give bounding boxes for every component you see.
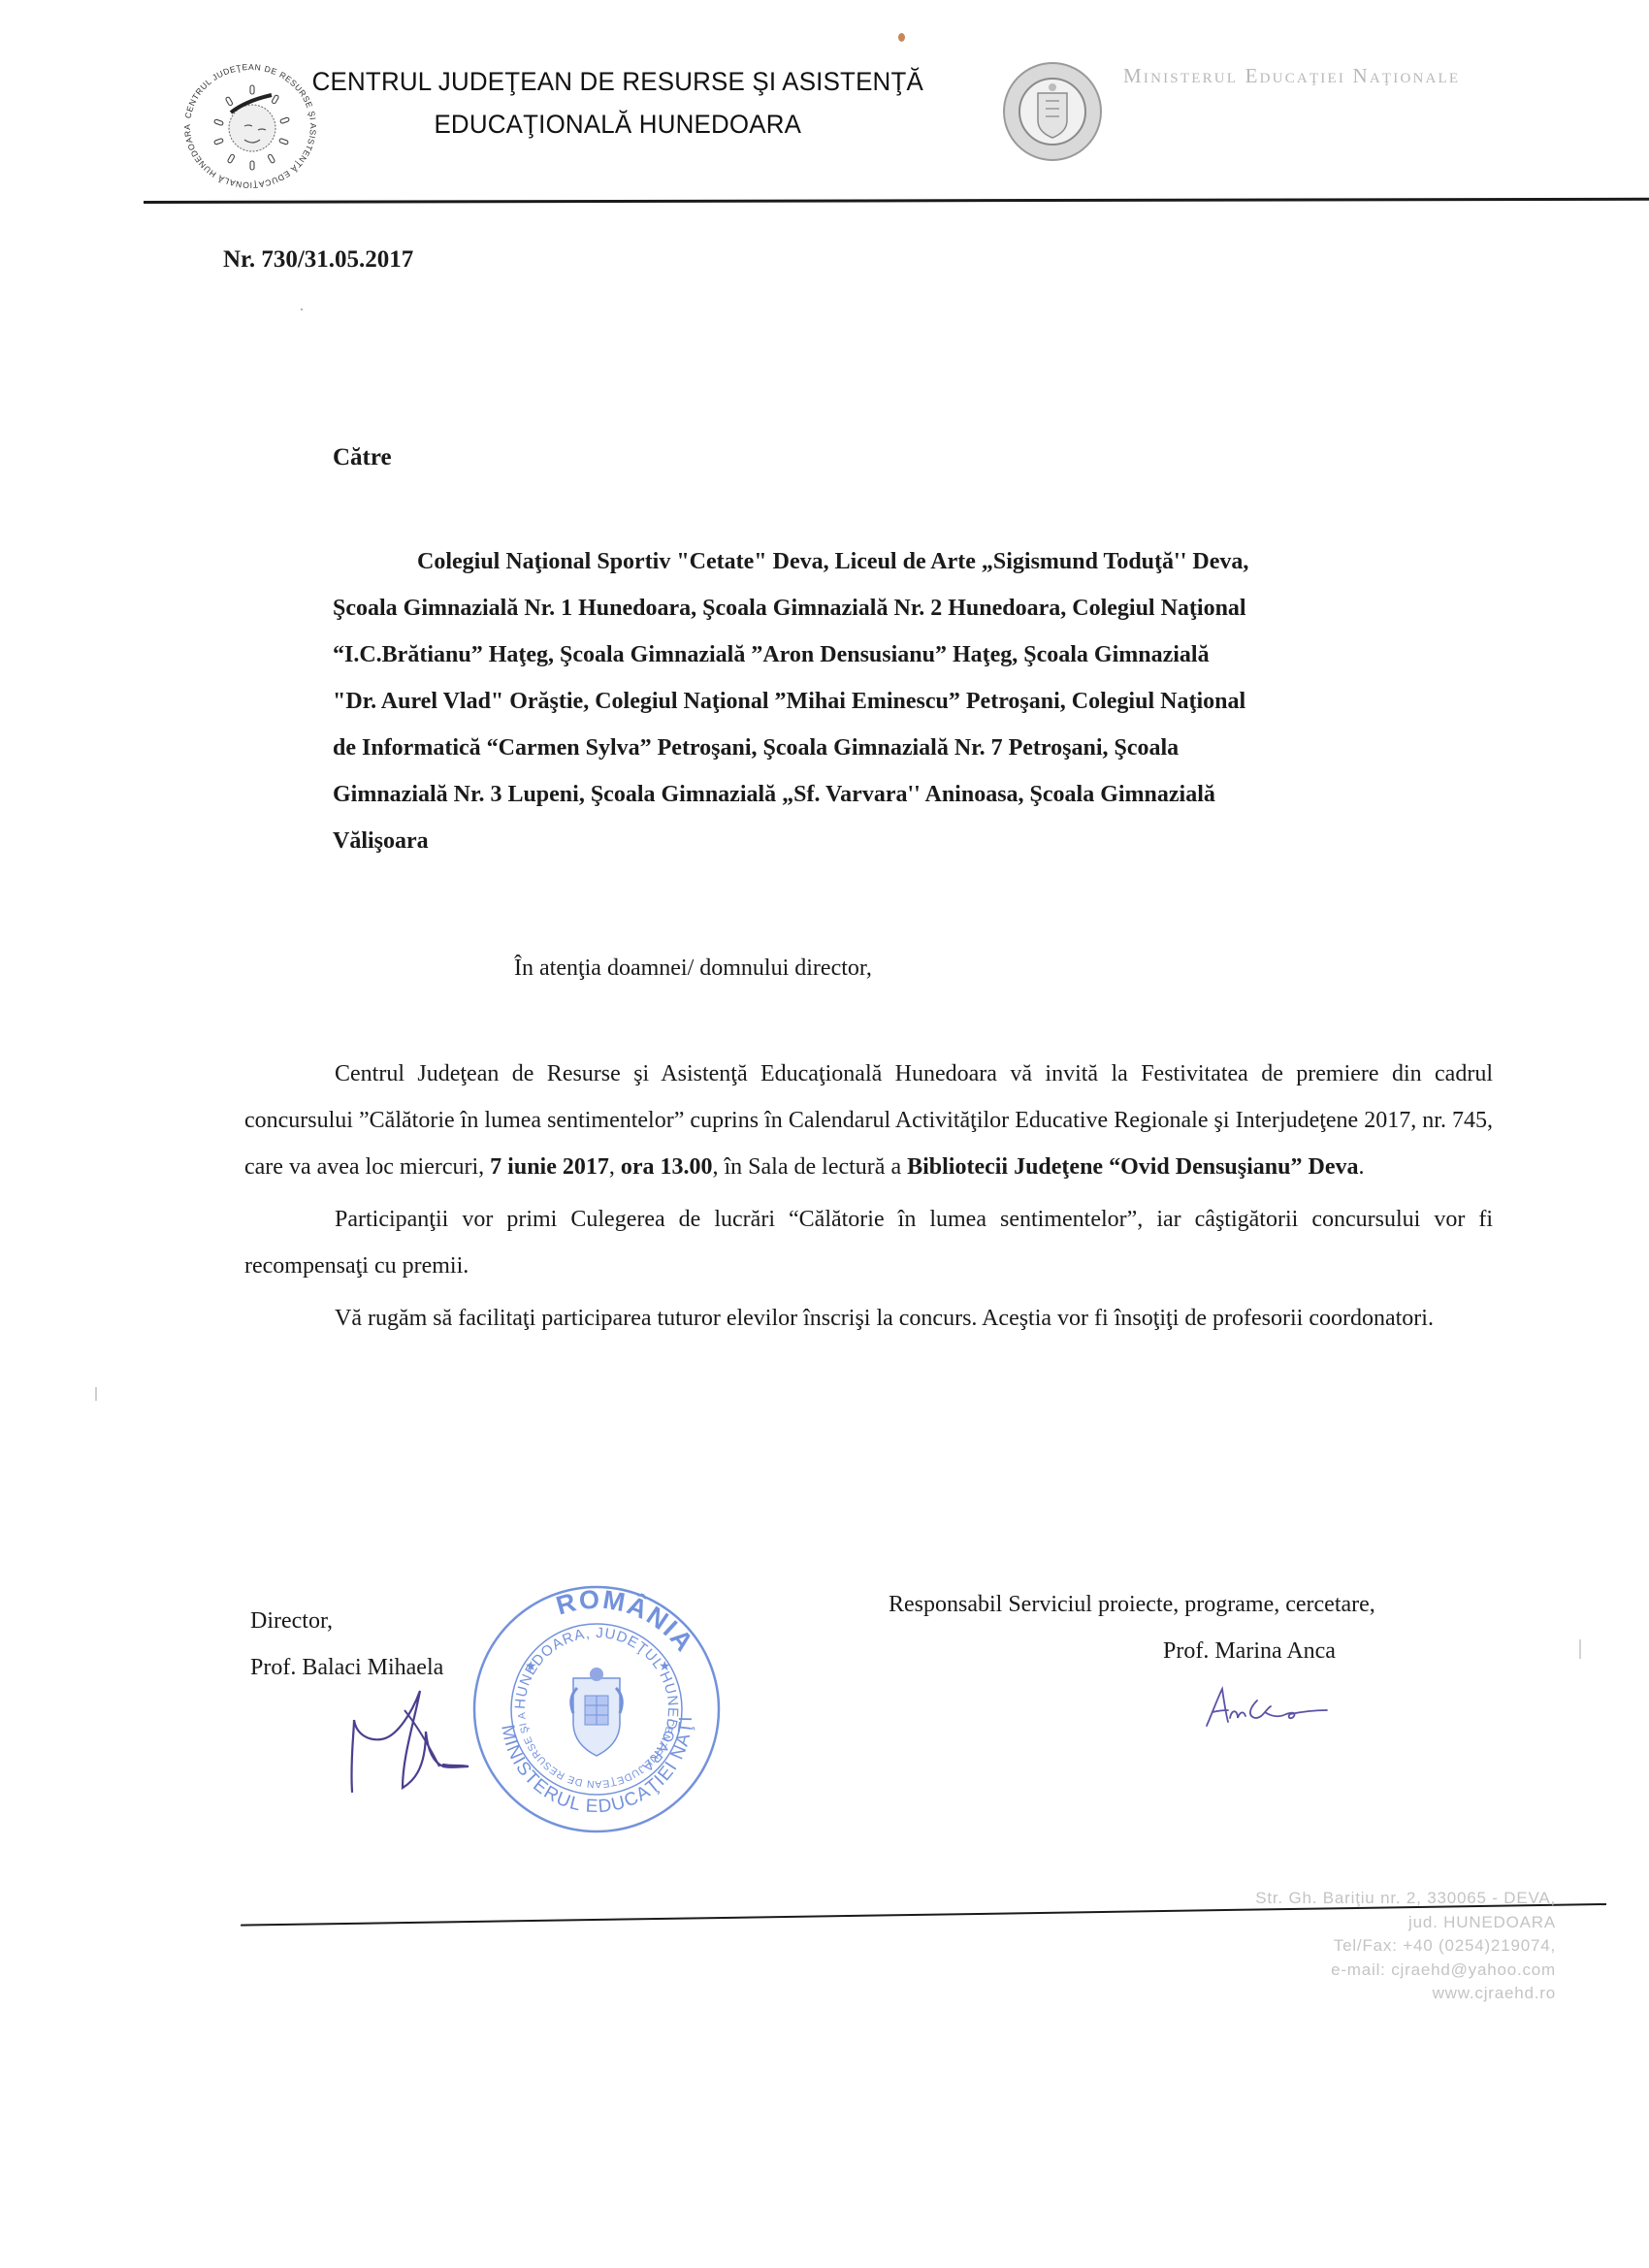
institution-logo: CENTRUL JUDEŢEAN DE RESURSE ŞI ASISTENŢĂ… [173,58,328,194]
letter-body: Centrul Judeţean de Resurse şi Asistenţă… [244,1051,1493,1342]
scan-speck [301,308,303,310]
stamp-icon: ROMÂNIA MINISTERUL EDUCAŢIEI NAŢIONALE C… [469,1581,726,1838]
recipients-line: Colegiul Naţional Sportiv "Cetate" Deva,… [333,538,1492,585]
recipients-line: "Dr. Aurel Vlad" Orăştie, Colegiul Naţio… [333,678,1492,725]
recipients-line: Şcoala Gimnazială Nr. 1 Hunedoara, Şcoal… [333,585,1492,632]
institution-name: CENTRUL JUDEŢEAN DE RESURSE ŞI ASISTENŢĂ… [310,60,925,146]
director-title: Director, [250,1598,443,1644]
address-street: Str. Gh. Bariţiu nr. 2, 330065 - DEVA, [1255,1887,1556,1911]
address-email: e-mail: cjraehd@yahoo.com [1255,1959,1556,1983]
responsible-title: Responsabil Serviciul proiecte, programe… [889,1581,1375,1628]
address-county: jud. HUNEDOARA [1255,1911,1556,1935]
sun-logo-icon: CENTRUL JUDEŢEAN DE RESURSE ŞI ASISTENŢĂ… [173,58,328,194]
scan-artifact [898,33,905,42]
handwritten-signature-icon [1203,1683,1339,1732]
invitation-paragraph: Centrul Judeţean de Resurse şi Asistenţă… [244,1051,1493,1190]
request-paragraph: Vă rugăm să facilitaţi participarea tutu… [244,1295,1493,1342]
romania-coat-of-arms-seal-icon [999,58,1106,165]
responsible-signature-block: Responsabil Serviciul proiecte, programe… [889,1581,1375,1674]
ministry-seal [999,58,1106,165]
event-date: 7 iunie 2017 [490,1154,609,1180]
event-venue: Bibliotecii Judeţene “Ovid Densuşianu” D… [907,1154,1358,1180]
handwritten-signature-icon [344,1673,500,1799]
scan-speck [1579,1639,1581,1659]
recipients-line: Vălişoara [333,818,1492,864]
recipients-list: Colegiul Naţional Sportiv "Cetate" Deva,… [333,538,1492,864]
address-website: www.cjraehd.ro [1255,1982,1556,2006]
recipients-line: Gimnazială Nr. 3 Lupeni, Şcoala Gimnazia… [333,771,1492,818]
official-stamp: ROMÂNIA MINISTERUL EDUCAŢIEI NAŢIONALE C… [469,1581,726,1838]
scan-speck [95,1387,97,1401]
address-phone: Tel/Fax: +40 (0254)219074, [1255,1934,1556,1959]
header-divider [144,198,1649,204]
institution-name-line-1: CENTRUL JUDEŢEAN DE RESURSE ŞI ASISTENŢĂ [310,60,925,103]
recipients-line: de Informatică “Carmen Sylva” Petroşani,… [333,725,1492,771]
responsible-signature [1203,1683,1339,1732]
institution-name-line-2: EDUCAŢIONALĂ HUNEDOARA [310,103,925,146]
svg-text:★: ★ [659,1658,671,1673]
contact-address: Str. Gh. Bariţiu nr. 2, 330065 - DEVA, j… [1255,1887,1556,2006]
registration-number: Nr. 730/31.05.2017 [223,246,413,274]
participants-paragraph: Participanţii vor primi Culegerea de luc… [244,1196,1493,1289]
event-time: ora 13.00 [621,1154,713,1180]
addressee-label: Către [333,444,392,471]
director-signature [344,1673,500,1799]
recipients-line: “I.C.Brătianu” Haţeg, Şcoala Gimnazială … [333,632,1492,678]
ministry-name: Ministerul Educaţiei Naţionale [1123,64,1460,88]
responsible-name: Prof. Marina Anca [889,1628,1375,1674]
attention-line: În atenţia doamnei/ domnului director, [514,956,872,982]
svg-text:★: ★ [525,1658,537,1673]
